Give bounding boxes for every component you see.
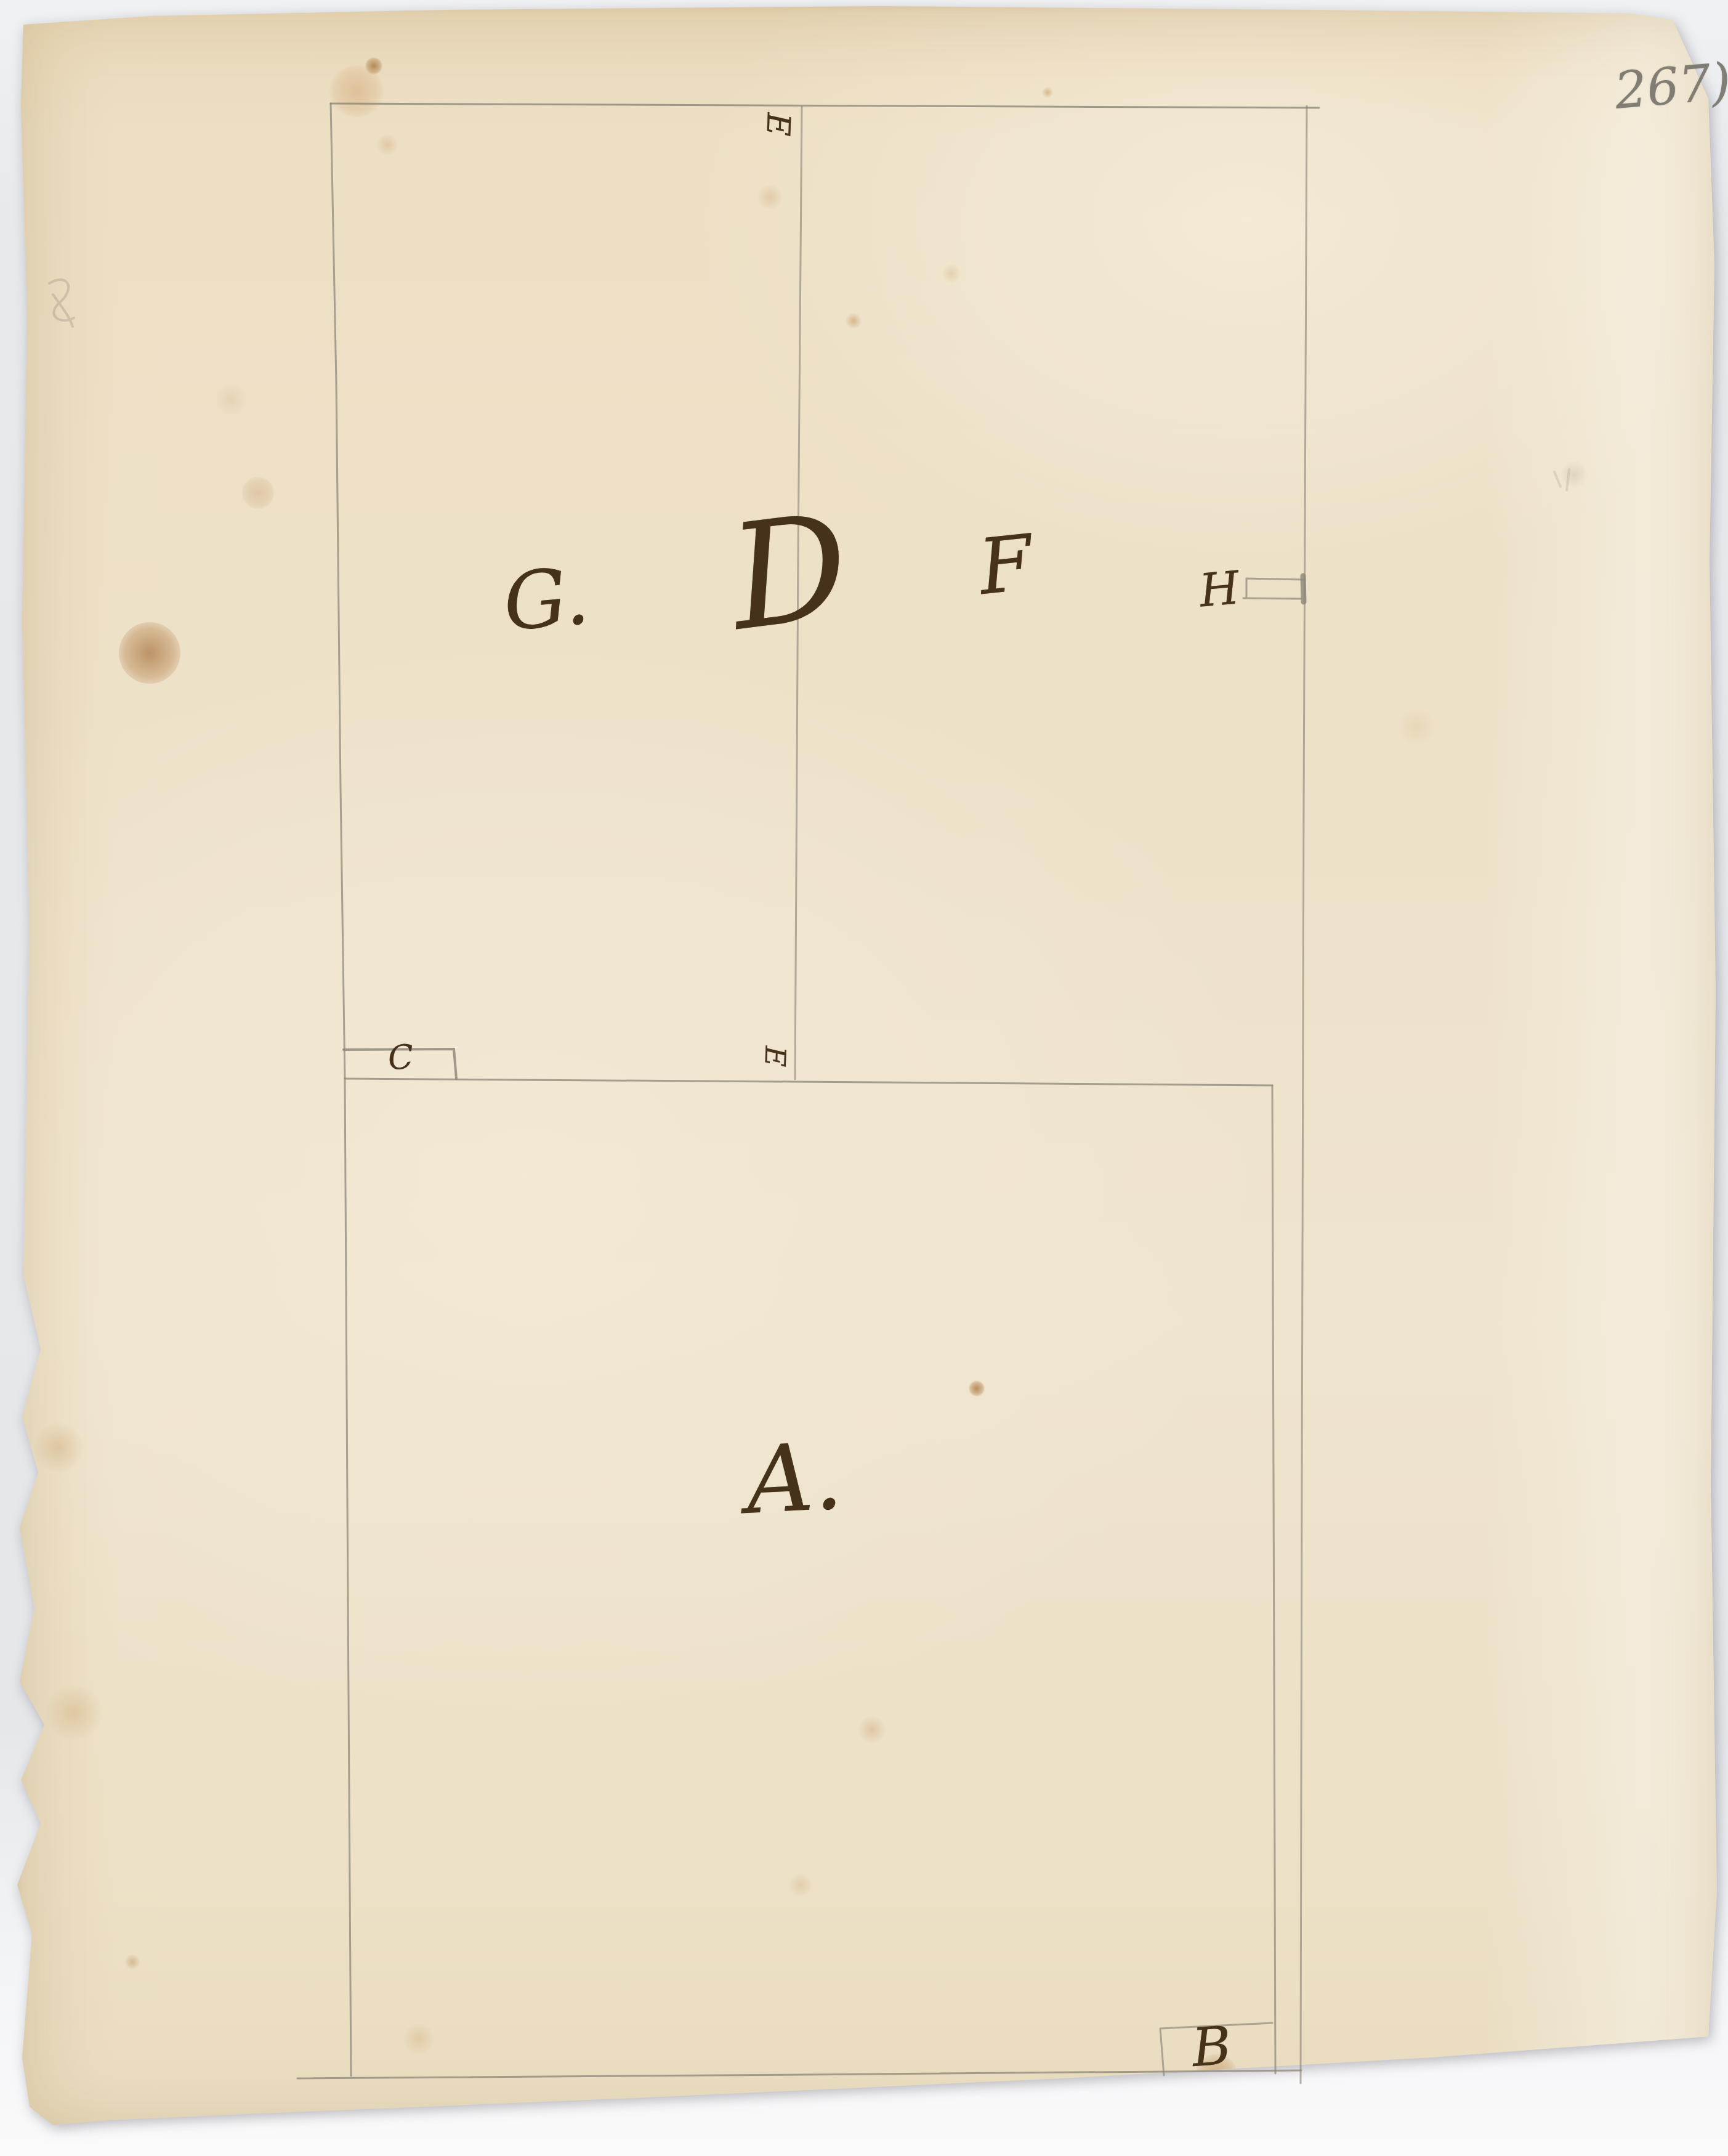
pencil-linework: [0, 0, 1728, 2156]
scanned-sheet-view: G. D F H E C E A. B 267): [0, 0, 1728, 2156]
faint-smudge: [1554, 469, 1569, 490]
room-label-f: F: [975, 525, 1036, 606]
wall-right-outer: [1301, 106, 1307, 2083]
wall-top: [331, 103, 1319, 108]
room-label-g: G.: [501, 557, 592, 643]
opening-h: [1243, 578, 1305, 599]
wall-middle: [345, 1079, 1272, 1085]
opening-h-jamb: [1303, 576, 1304, 602]
opening-label-e-mid: E: [761, 1045, 789, 1067]
wall-bottom: [297, 2070, 1301, 2078]
opening-label-c: C: [387, 1040, 414, 1076]
room-label-d: D: [723, 493, 856, 651]
opening-label-b: B: [1190, 2019, 1233, 2075]
page-number: 267): [1613, 57, 1728, 117]
room-label-a: A.: [744, 1430, 845, 1528]
opening-label-h: H: [1198, 565, 1241, 614]
margin-scribble: [49, 280, 74, 326]
wall-left: [331, 103, 351, 2076]
wall-right-inner: [1272, 1085, 1275, 2073]
opening-label-e-top: E: [761, 112, 794, 137]
